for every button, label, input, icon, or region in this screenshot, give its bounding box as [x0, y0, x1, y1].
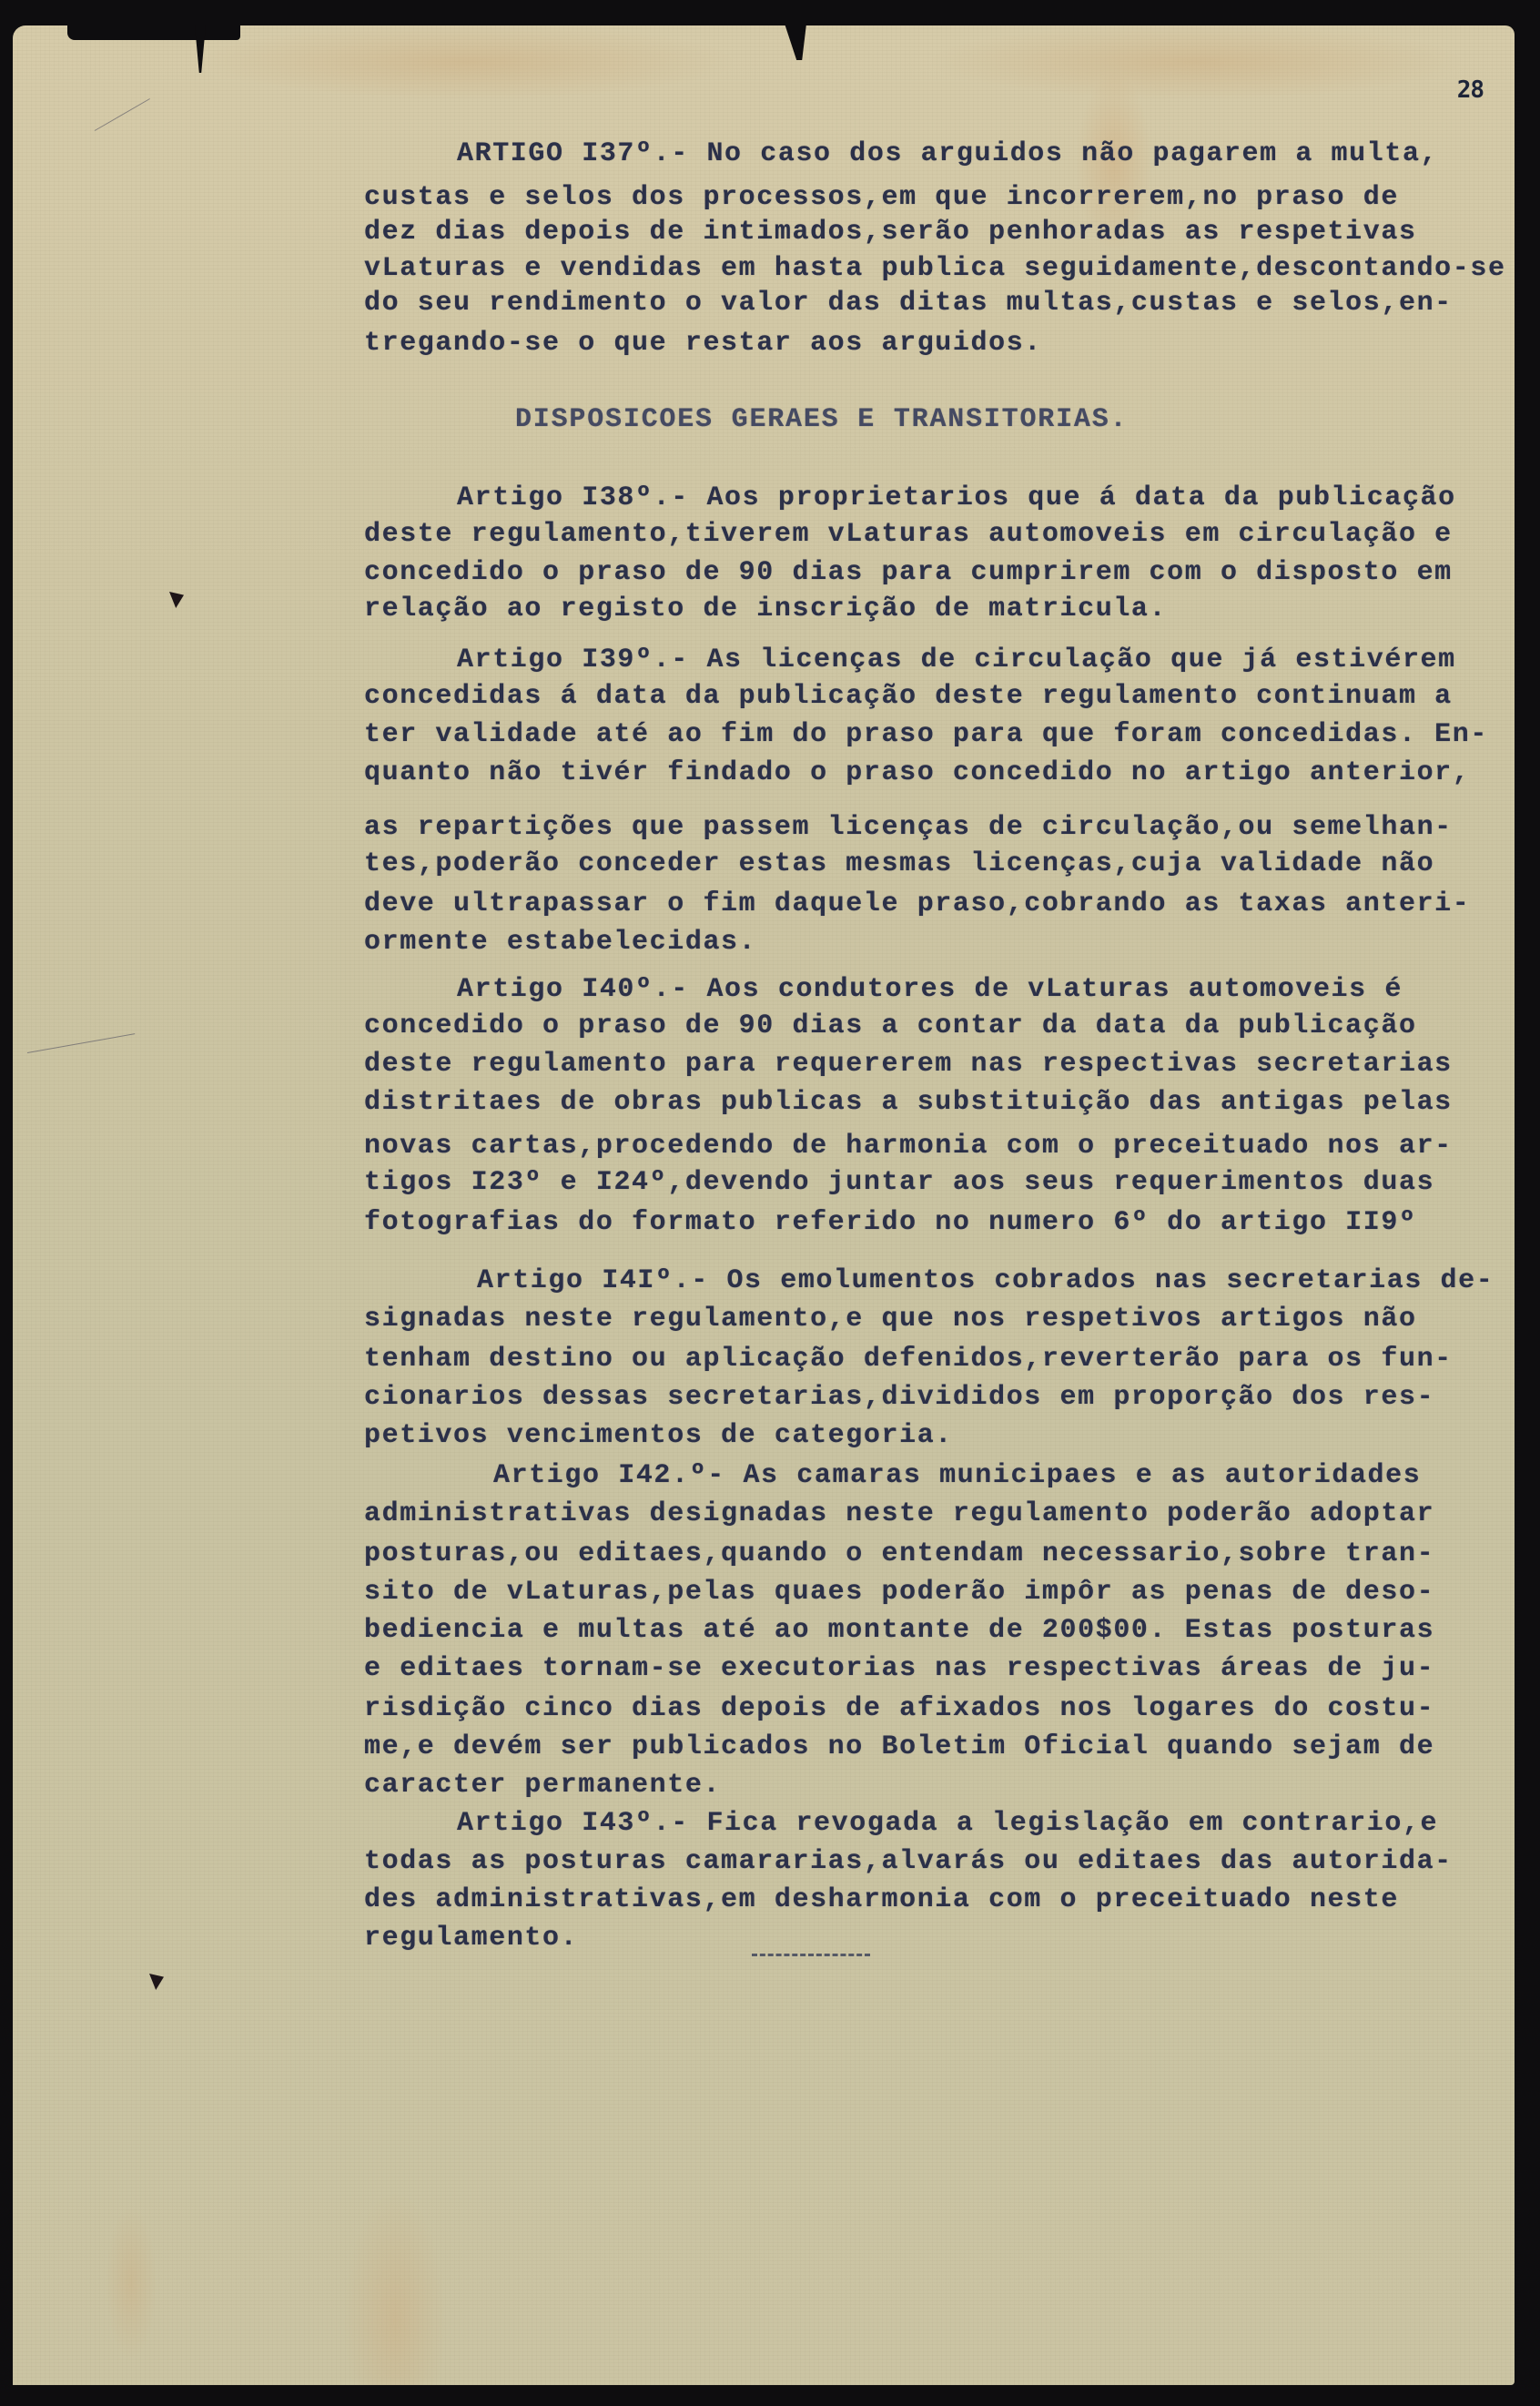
- torn-edge: [785, 24, 806, 60]
- article-text-line: vLaturas e vendidas em hasta publica seg…: [364, 251, 1506, 286]
- pin-hole-mark: [149, 1974, 164, 1990]
- article-text-line: custas e selos dos processos,em que inco…: [364, 180, 1399, 215]
- section-heading: DISPOSICOES GERAES E TRANSITORIAS.: [515, 402, 1128, 437]
- article-text-line: tenham destino ou aplicação defenidos,re…: [364, 1342, 1453, 1376]
- article-title-line: Artigo I40º.- Aos condutores de vLaturas…: [457, 972, 1403, 1007]
- article-text-line: e editaes tornam-se executorias nas resp…: [364, 1651, 1434, 1686]
- article-text-line: administrativas designadas neste regulam…: [364, 1497, 1434, 1531]
- article-text-line: concedidas á data da publicação deste re…: [364, 679, 1453, 714]
- article-title-line: ARTIGO I37º.- No caso dos arguidos não p…: [457, 137, 1438, 171]
- article-text-line: risdição cinco dias depois de afixados n…: [364, 1691, 1434, 1726]
- article-text-line: distritaes de obras publicas a substitui…: [364, 1085, 1453, 1120]
- pencil-mark: [95, 98, 150, 131]
- article-title-line: Artigo I38º.- Aos proprietarios que á da…: [457, 481, 1456, 515]
- article-text-line: regulamento.: [364, 1921, 578, 1955]
- article-text-line: cionarios dessas secretarias,divididos e…: [364, 1380, 1434, 1415]
- article-text-line: ter validade até ao fim do praso para qu…: [364, 717, 1488, 752]
- article-text-line: tigos I23º e I24º,devendo juntar aos seu…: [364, 1165, 1434, 1200]
- article-text-line: fotografias do formato referido no numer…: [364, 1205, 1417, 1240]
- article-text-line: deste regulamento,tiverem vLaturas autom…: [364, 517, 1453, 552]
- closing-rule: [752, 1954, 870, 1956]
- article-text-line: des administrativas,em desharmonia com o…: [364, 1883, 1399, 1917]
- article-text-line: tregando-se o que restar aos arguidos.: [364, 326, 1042, 360]
- article-text-line: as repartições que passem licenças de ci…: [364, 810, 1453, 845]
- article-text-line: todas as posturas camararias,alvarás ou …: [364, 1844, 1453, 1879]
- article-text-line: concedido o praso de 90 dias a contar da…: [364, 1009, 1417, 1043]
- pin-hole-mark: [169, 592, 184, 608]
- page-number: 28: [1457, 76, 1484, 104]
- article-title-line: Artigo I42.º- As camaras municipaes e as…: [493, 1458, 1421, 1493]
- pencil-mark: [27, 1033, 135, 1053]
- article-text-line: petivos vencimentos de categoria.: [364, 1418, 953, 1453]
- article-text-line: deve ultrapassar o fim daquele praso,cob…: [364, 887, 1470, 921]
- article-title-line: Artigo I39º.- As licenças de circulação …: [457, 643, 1456, 677]
- article-title-line: Artigo I4Iº.- Os emolumentos cobrados na…: [477, 1264, 1494, 1298]
- article-text-line: deste regulamento para requererem nas re…: [364, 1047, 1453, 1081]
- article-title-line: Artigo I43º.- Fica revogada a legislação…: [457, 1806, 1438, 1841]
- article-text-line: signadas neste regulamento,e que nos res…: [364, 1302, 1417, 1336]
- article-text-line: caracter permanente.: [364, 1768, 721, 1802]
- article-text-line: me,e devém ser publicados no Boletim Ofi…: [364, 1730, 1434, 1764]
- article-text-line: ormente estabelecidas.: [364, 925, 756, 959]
- article-text-line: posturas,ou editaes,quando o entendam ne…: [364, 1537, 1434, 1571]
- article-text-line: do seu rendimento o valor das ditas mult…: [364, 286, 1453, 320]
- torn-edge: [195, 25, 206, 73]
- article-text-line: concedido o praso de 90 dias para cumpri…: [364, 555, 1453, 590]
- article-text-line: sito de vLaturas,pelas quaes poderão imp…: [364, 1575, 1434, 1609]
- torn-edge: [67, 24, 240, 40]
- article-text-line: relação ao registo de inscrição de matri…: [364, 592, 1167, 626]
- article-text-line: dez dias depois de intimados,serão penho…: [364, 215, 1417, 249]
- article-text-line: novas cartas,procedendo de harmonia com …: [364, 1129, 1453, 1163]
- article-text-line: quanto não tivér findado o praso concedi…: [364, 756, 1470, 790]
- article-text-line: bediencia e multas até ao montante de 20…: [364, 1613, 1434, 1648]
- article-text-line: tes,poderão conceder estas mesmas licenç…: [364, 847, 1434, 881]
